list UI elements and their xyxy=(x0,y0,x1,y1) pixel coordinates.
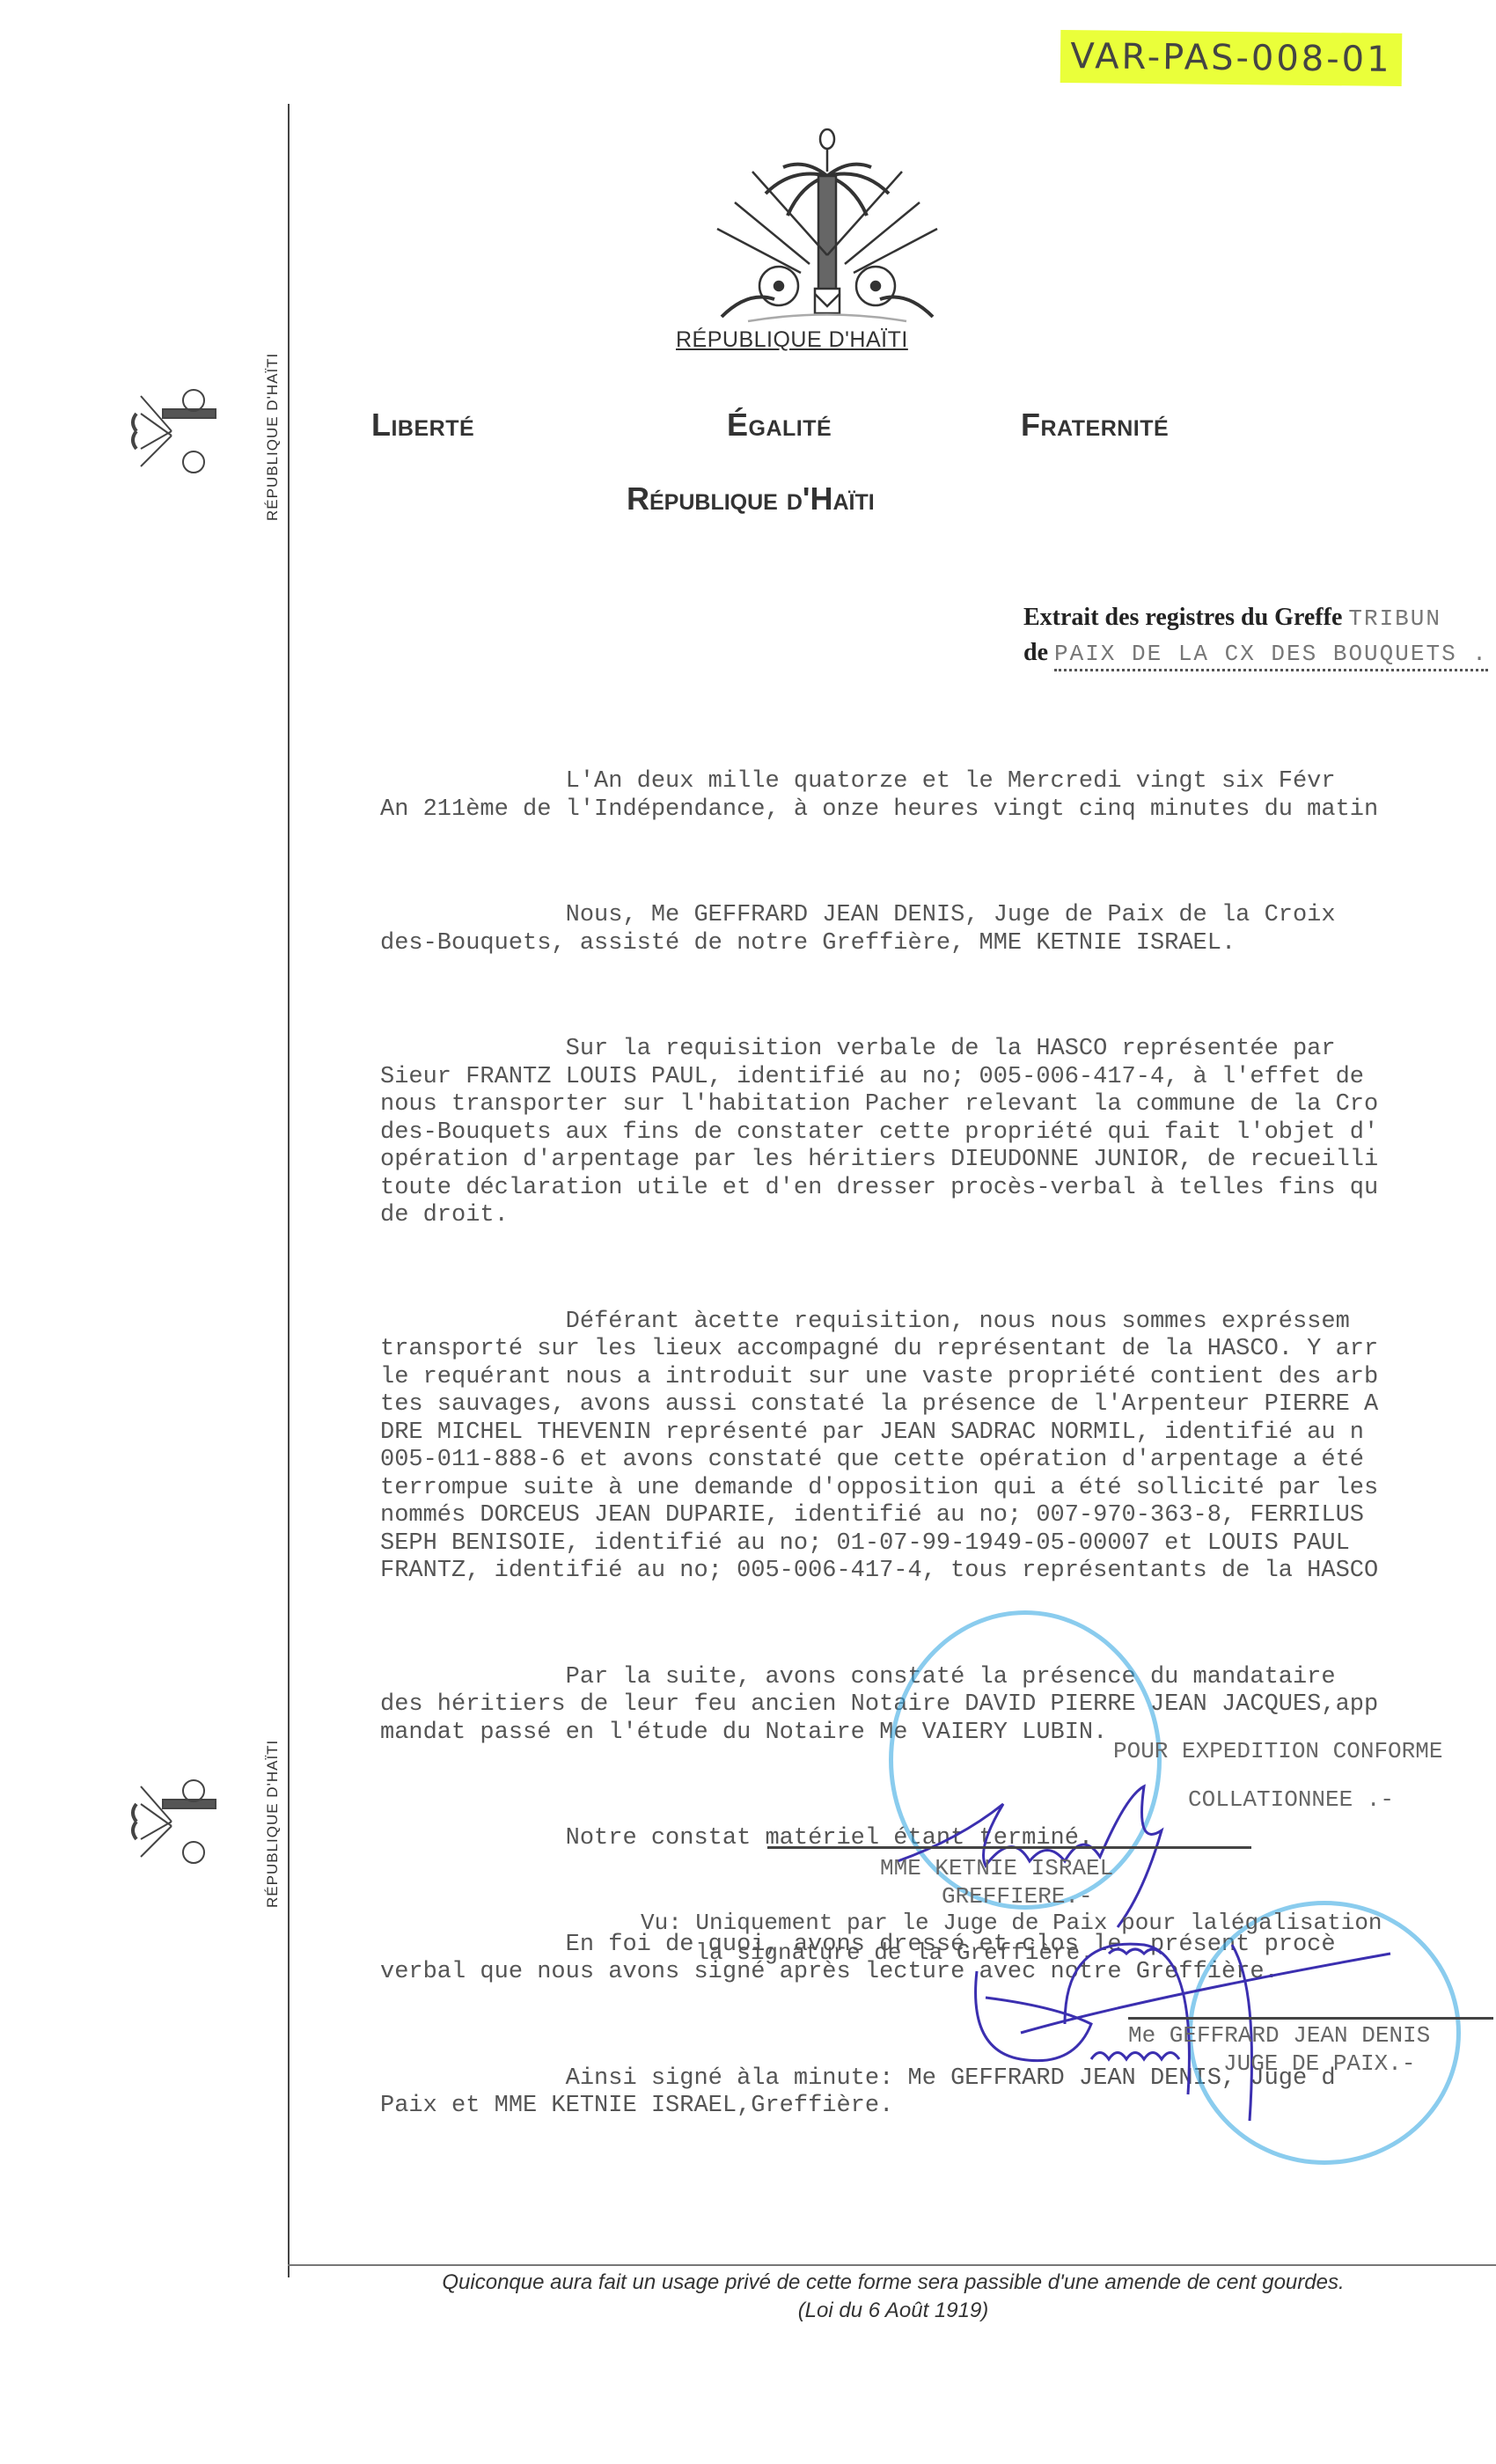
crest-title: RÉPUBLIQUE D'HAÏTI xyxy=(676,327,908,353)
paragraph-date: L'An deux mille quatorze et le Mercredi … xyxy=(380,768,1496,824)
greffe-header: Extrait des registres du Greffe TRIBUN xyxy=(1023,604,1441,632)
side-republic-label: RÉPUBLIQUE D'HAÏTI xyxy=(264,353,282,521)
greffe-label: Extrait des registres du Greffe xyxy=(1023,604,1342,631)
republic-heading: République d'Haïti xyxy=(627,480,875,517)
juge-name: Me GEFFRARD JEAN DENIS xyxy=(1128,2022,1430,2049)
greffiere-signature-line xyxy=(767,1846,1251,1849)
motto-fraternite: Fraternité xyxy=(1021,407,1169,444)
paragraph-requisition: Sur la requisition verbale de la HASCO r… xyxy=(380,1036,1496,1230)
paragraph-transport: Déférant àcette requisition, nous nous s… xyxy=(380,1309,1496,1586)
coat-of-arms-icon xyxy=(123,370,229,493)
greffe-header-line2: de PAIX DE LA CX DES BOUQUETS . xyxy=(1023,639,1488,667)
footer-warning: Quiconque aura fait un usage privé de ce… xyxy=(286,2270,1496,2295)
motto-liberte: Liberté xyxy=(371,407,474,444)
greffiere-title: GREFFIERE.- xyxy=(942,1883,1093,1910)
motto-egalite: Égalité xyxy=(727,407,832,444)
juge-title: JUGE DE PAIX.- xyxy=(1223,2050,1415,2077)
reference-tag: VAR-PAS-008-01 xyxy=(1060,30,1403,86)
side-republic-label: RÉPUBLIQUE D'HAÏTI xyxy=(264,1740,282,1908)
margin-rule xyxy=(288,104,290,2277)
greffe-typed-2: PAIX DE LA CX DES BOUQUETS . xyxy=(1054,641,1488,671)
footer-rule xyxy=(288,2264,1496,2266)
paragraph-juge: Nous, Me GEFFRARD JEAN DENIS, Juge de Pa… xyxy=(380,902,1496,957)
greffiere-name: MME KETNIE ISRAEL xyxy=(880,1855,1113,1881)
coat-of-arms-icon xyxy=(123,1760,229,1883)
greffe-de-label: de xyxy=(1023,639,1048,666)
greffe-typed-1: TRIBUN xyxy=(1348,605,1441,632)
coat-of-arms-icon xyxy=(678,123,977,326)
certification-line1: POUR EXPEDITION CONFORME xyxy=(1113,1738,1442,1764)
footer-law-reference: (Loi du 6 Août 1919) xyxy=(286,2299,1496,2323)
juge-signature-line xyxy=(1128,2017,1493,2020)
